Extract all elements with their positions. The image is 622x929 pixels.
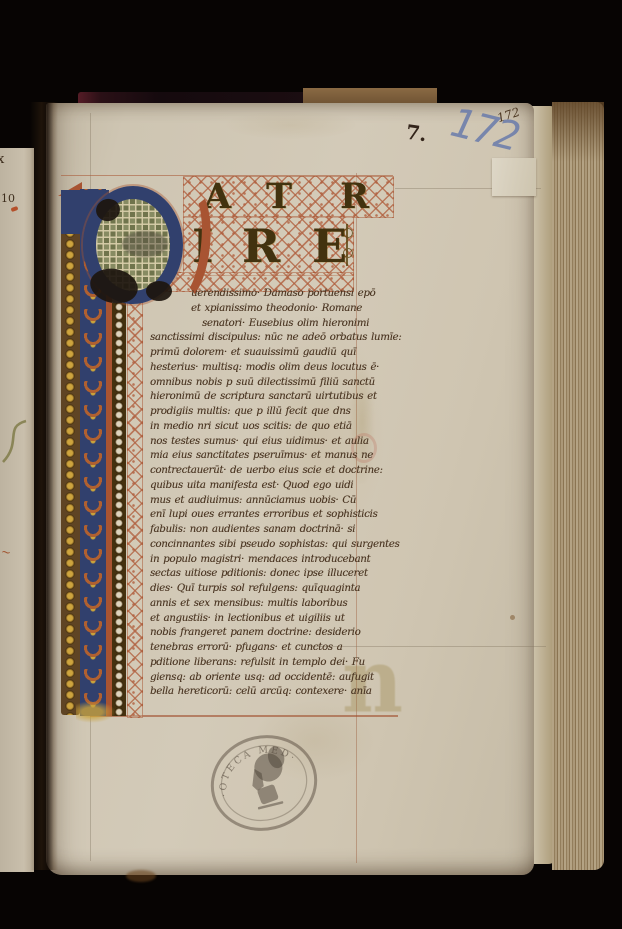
page-stack-fore-edge [552, 102, 604, 870]
manuscript-text-line: concinnantes sibi pseudo sophistas: qui … [150, 538, 364, 553]
manuscript-text-line: hesterius· multisq: modis olim deus locu… [150, 361, 364, 376]
manuscript-page: 7. 172 172 ATR IRE [46, 103, 534, 875]
lattice-title-panel-row1: ATR [183, 176, 394, 218]
manuscript-text-line: nobis frangeret panem doctrine: desideri… [150, 626, 364, 641]
ink-dot-stain [510, 615, 515, 620]
manuscript-text-line: mus et audiuimus: annūciamus uobis· Cū [150, 494, 364, 509]
facing-page-sliver [0, 148, 34, 872]
parchment-stain [226, 111, 356, 139]
manuscript-text-line: mia eius sanctitates pseruīmus· et manus… [150, 449, 364, 464]
pen-mark: 7. [404, 120, 428, 147]
photograph-of-manuscript: x 10 ~ 7. 172 172 ATR IRE [0, 0, 622, 929]
left-margin-letter: x [0, 152, 4, 167]
manuscript-text-line: fabulis: non audientes sanam doctrinā· s… [150, 523, 364, 538]
display-capital: T [266, 179, 292, 214]
stack-top-shadow [552, 102, 604, 162]
manuscript-text-line: et angustiis· in lectionibus et uigiliis… [150, 612, 364, 627]
manuscript-text-block: uerendissimo· Damaso portuensi epōet xpi… [150, 287, 364, 700]
manuscript-text-line: sectas uitiose pditionis: donec ipse ill… [150, 567, 364, 582]
manuscript-text-line: in populo magistri· mendaces introduceba… [150, 553, 364, 568]
bottom-edge-stain [126, 870, 156, 882]
manuscript-text-line: sanctissimi discipulus: nūc ne adeō orba… [150, 331, 364, 346]
lattice-vertical-strip [127, 290, 143, 718]
gold-bead-border [61, 195, 80, 715]
manuscript-text-line: omnibus nobis p suū dilectissimū filiū s… [150, 376, 364, 391]
initial-smudge [122, 231, 168, 257]
manuscript-text-line: senatori· Eusebius olim hieronimi [150, 317, 364, 332]
gutter-crease-shadow [30, 102, 58, 870]
manuscript-text-line: annis et sex mensibus: multis laboribus [150, 597, 364, 612]
manuscript-text-line: prodigiis multis: que p illū fecit que d… [150, 405, 364, 420]
manuscript-text-line: dies· Quī turpis sol refulgens: quīquagi… [150, 582, 364, 597]
manuscript-text-line: uerendissimo· Damaso portuensi epō [150, 287, 364, 302]
green-pen-flourish [0, 418, 30, 466]
manuscript-text-line: primū dolorem· et suauissimū gaudiū quī [150, 346, 364, 361]
white-bead-border [112, 303, 126, 716]
display-capital: R [340, 179, 369, 214]
paper-repair-tab [492, 158, 536, 196]
manuscript-text-line: contrectauerūt· de uerbo eius scie et do… [150, 464, 364, 479]
library-stamp: ·OTECA MED· [195, 719, 333, 848]
border-foot-ornament [76, 701, 116, 723]
manuscript-text-line: bella hereticorū: celū arcūq: contexere·… [150, 685, 364, 700]
left-margin-number: 10 [1, 192, 15, 205]
manuscript-text-line: quibus uita manifesta est· Quod ego uidi [150, 479, 364, 494]
manuscript-text-line: pditione liberans: refulsit in templo de… [150, 656, 364, 671]
manuscript-text-line: tenebras errorū· pfugans· et cunctos a [150, 641, 364, 656]
manuscript-text-line: hieronimū de scriptura sanctarū uirtutib… [150, 390, 364, 405]
manuscript-text-line: et xpianissimo theodonio· Romane [150, 302, 364, 317]
manuscript-text-line: enī lupi oues errantes erroribus et soph… [150, 508, 364, 523]
manuscript-text-line: nos testes sumus· qui eius uidimus· et a… [150, 435, 364, 450]
manuscript-text-line: in medio nri sicut uos scitis: de quo et… [150, 420, 364, 435]
manuscript-text-line: giensq: ab oriente usq: ad occidentē: au… [150, 671, 364, 686]
